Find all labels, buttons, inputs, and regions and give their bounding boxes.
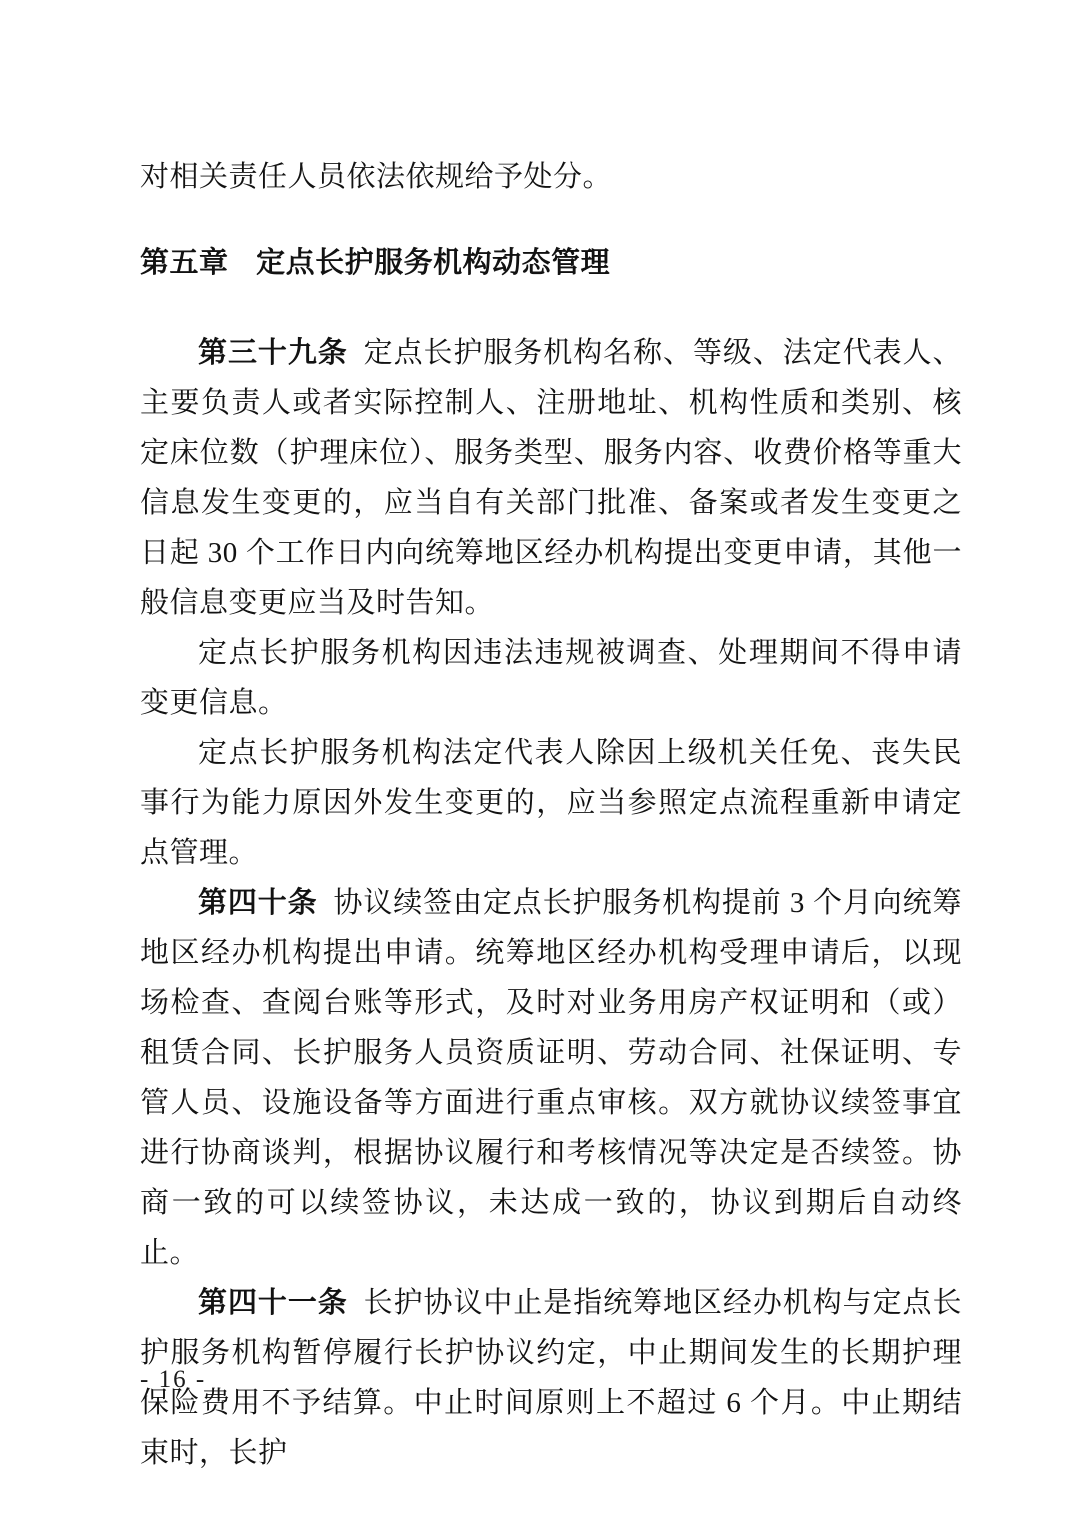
article-40-number: 第四十条 xyxy=(198,887,318,919)
paragraph-change-restriction: 定点长护服务机构因违法违规被调查、处理期间不得申请变更信息。 xyxy=(140,628,962,728)
article-39-text: 定点长护服务机构名称、等级、法定代表人、主要负责人或者实际控制人、注册地址、机构… xyxy=(140,337,962,619)
article-39-number: 第三十九条 xyxy=(198,337,348,369)
paragraph-article-39: 第三十九条定点长护服务机构名称、等级、法定代表人、主要负责人或者实际控制人、注册… xyxy=(140,328,962,628)
page-number: - 16 - xyxy=(140,1360,206,1400)
document-body: 对相关责任人员依法依规给予处分。 第五章定点长护服务机构动态管理 第三十九条定点… xyxy=(140,152,962,1478)
chapter-heading: 第五章定点长护服务机构动态管理 xyxy=(140,238,962,288)
paragraph-legal-representative: 定点长护服务机构法定代表人除因上级机关任免、丧失民事行为能力原因外发生变更的，应… xyxy=(140,728,962,878)
paragraph-article-40: 第四十条协议续签由定点长护服务机构提前 3 个月向统筹地区经办机构提出申请。统筹… xyxy=(140,878,962,1278)
article-40-text: 协议续签由定点长护服务机构提前 3 个月向统筹地区经办机构提出申请。统筹地区经办… xyxy=(140,887,962,1269)
paragraph-3-text: 定点长护服务机构法定代表人除因上级机关任免、丧失民事行为能力原因外发生变更的，应… xyxy=(140,737,962,869)
paragraph-2-text: 定点长护服务机构因违法违规被调查、处理期间不得申请变更信息。 xyxy=(140,637,962,719)
chapter-number: 第五章 xyxy=(140,247,229,279)
article-41-number: 第四十一条 xyxy=(198,1287,348,1319)
continuation-paragraph: 对相关责任人员依法依规给予处分。 xyxy=(140,152,962,202)
document-page: 对相关责任人员依法依规给予处分。 第五章定点长护服务机构动态管理 第三十九条定点… xyxy=(0,0,1074,1520)
paragraph-article-41: 第四十一条长护协议中止是指统筹地区经办机构与定点长护服务机构暂停履行长护协议约定… xyxy=(140,1278,962,1478)
chapter-title: 定点长护服务机构动态管理 xyxy=(256,247,610,279)
